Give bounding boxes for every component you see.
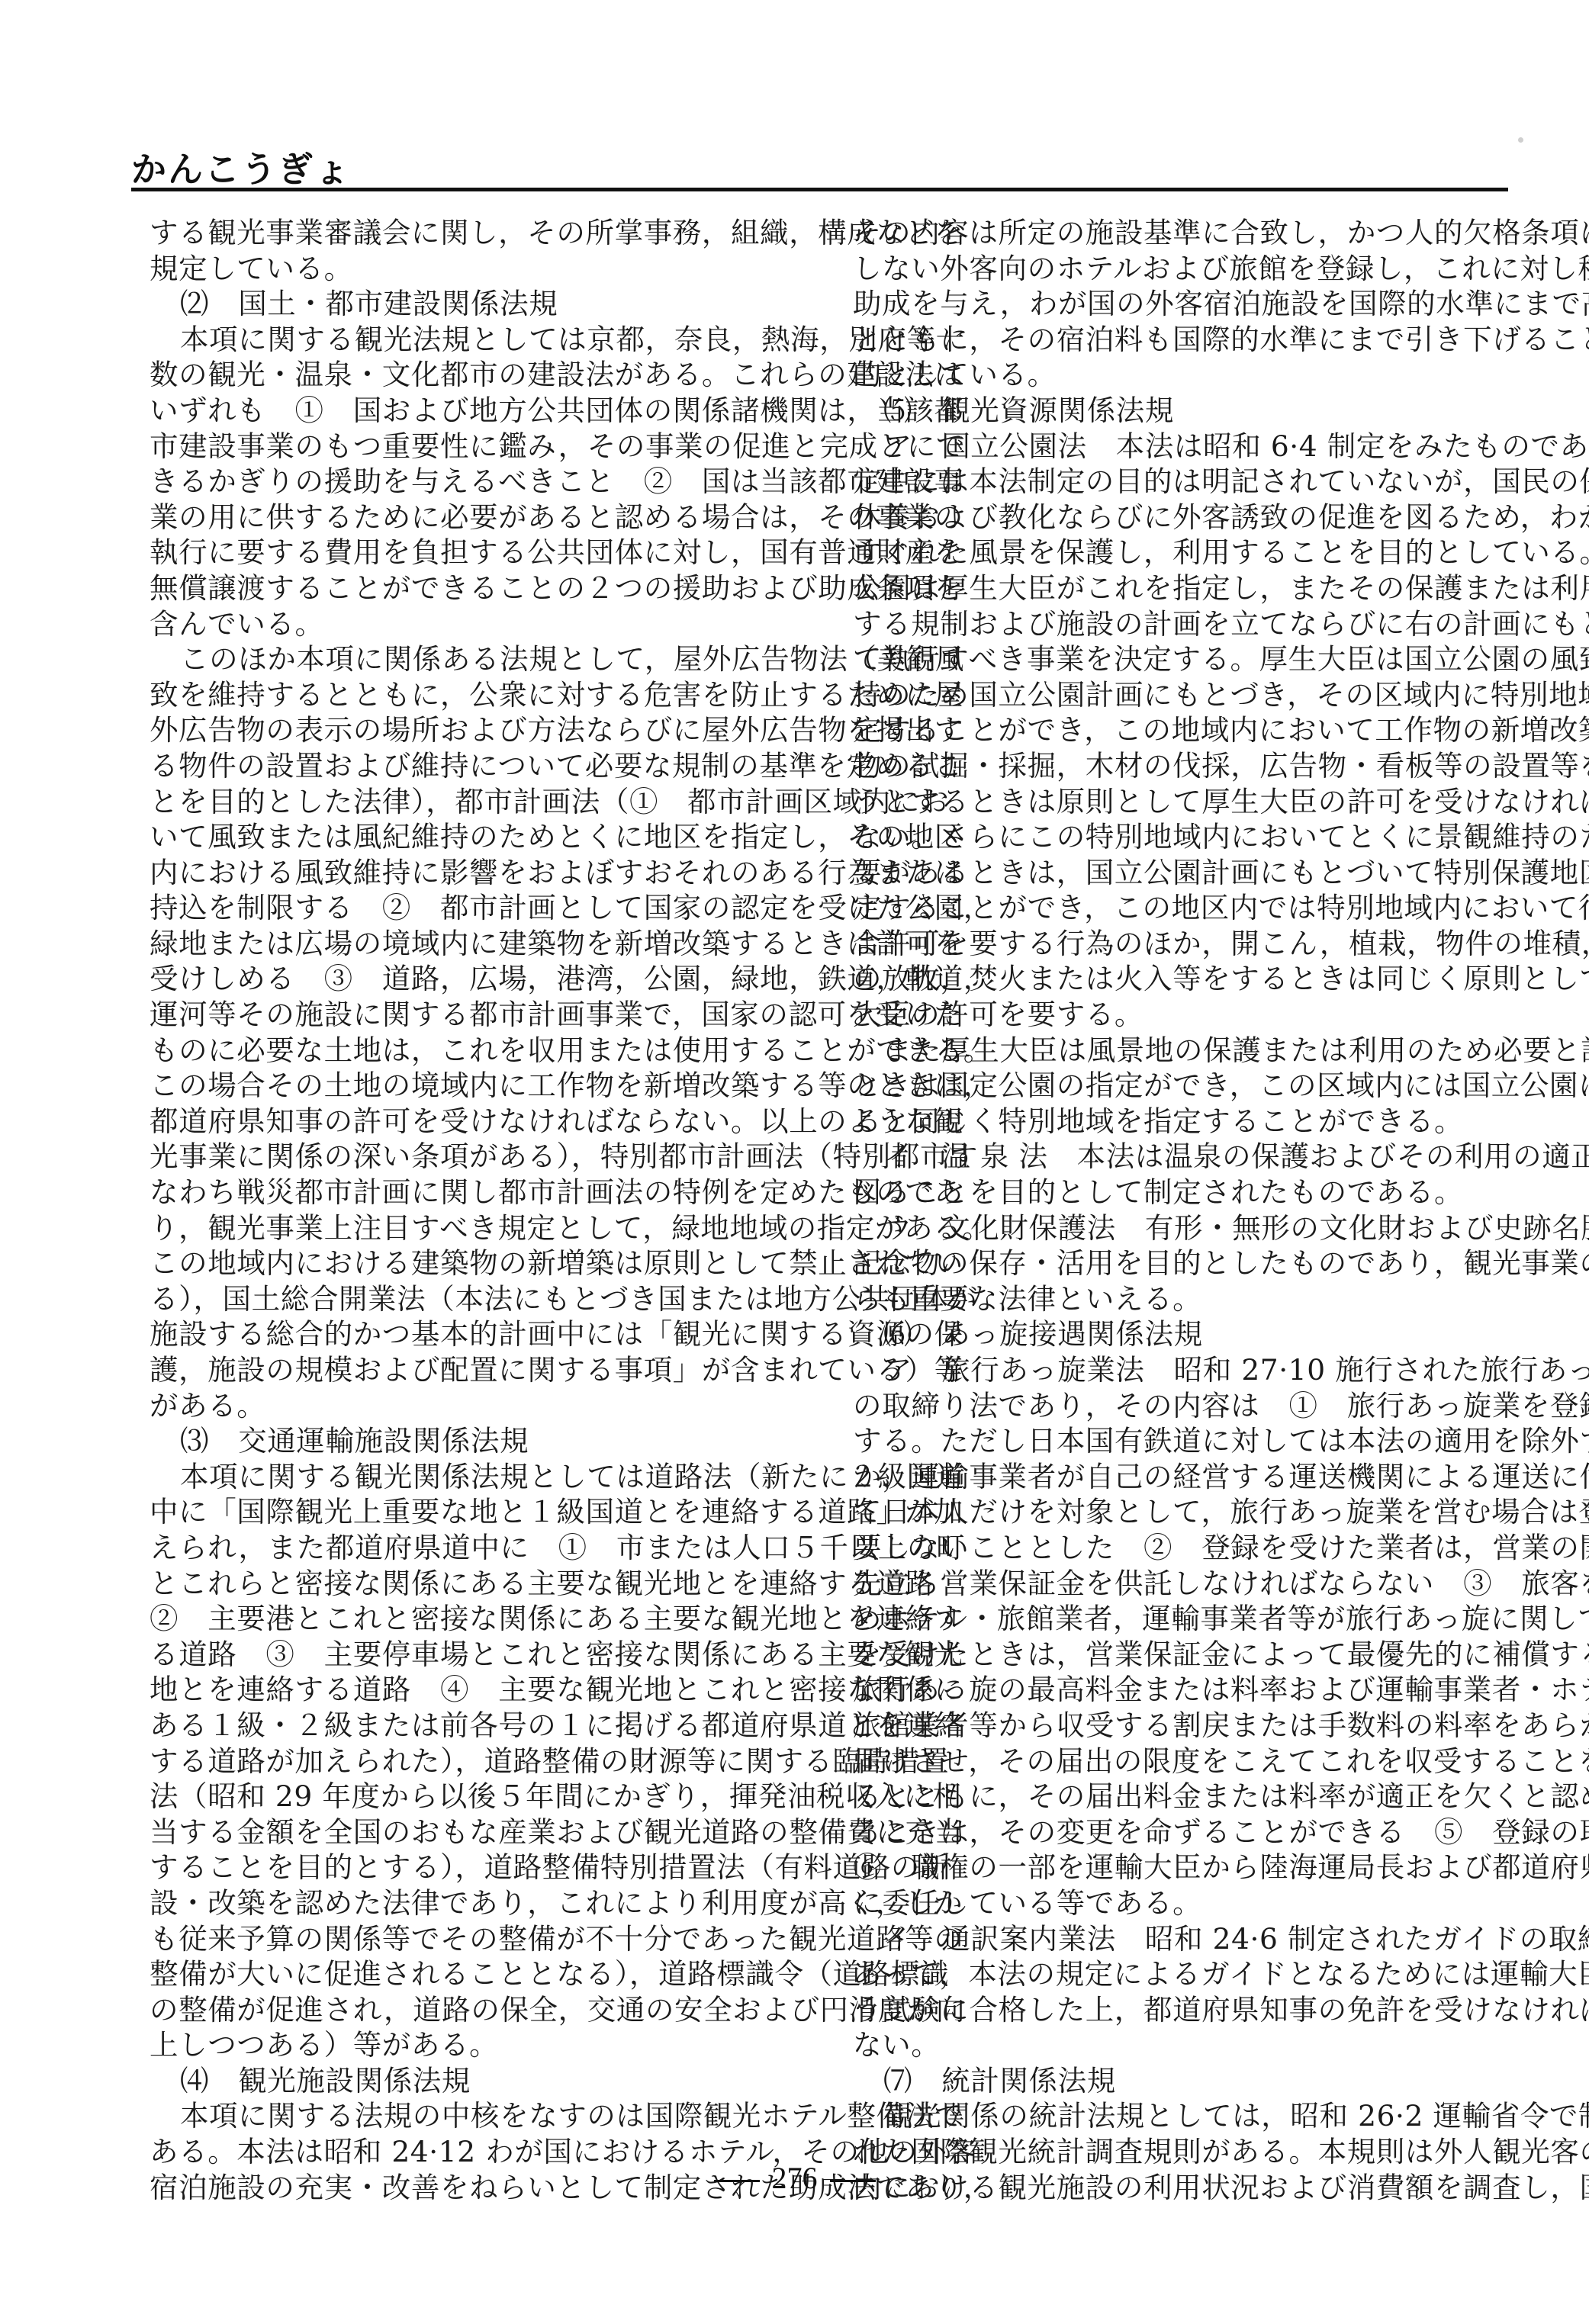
text-line: 当する金額を全国のおもな産業および観光道路の整備費に充当 — [150, 1815, 824, 1850]
text-line: 定中には本法制定の目的は明記されていないが，国民の保健・ — [853, 464, 1527, 500]
text-line: 定することができ，この地域内において工作物の新増改築，鉱 — [853, 712, 1527, 748]
text-line: あって，本法の規定によるガイドとなるためには運輸大臣の行 — [853, 1956, 1527, 1992]
text-line: ア 旅行あっ旋業法 昭和 27·10 施行された旅行あっ旋業者 — [853, 1352, 1527, 1388]
text-line: う試験に合格した上，都道府県知事の免許を受けなければなら — [853, 1992, 1527, 2028]
text-line: らも重要な法律といえる。 — [853, 1281, 1527, 1317]
page-footer: 276 — [0, 2160, 1589, 2196]
section-heading: ⑷ 観光施設関係法規 — [150, 2063, 824, 2099]
text-line: 設・改築を認めた法律であり，これにより利用度が高く，しか — [150, 1885, 824, 1921]
text-line: する道路が加えられた），道路整備の財源等に関する臨時措置 — [150, 1744, 824, 1779]
section-heading: ⑺ 統計関係法規 — [853, 2063, 1527, 2099]
text-line: このほか本項に関係ある法規として，屋外広告物法（美観風 — [150, 641, 824, 677]
text-line: るとともに，その届出料金または料率が適正を欠くと認められ — [853, 1779, 1527, 1815]
text-line: 外広告物の表示の場所および方法ならびに屋外広告物を掲出す — [150, 712, 824, 748]
text-line: 合許可を要する行為のほか，開こん，植栽，物件の堆積，家畜 — [853, 926, 1527, 962]
text-line: すぐれた風景を保護し，利用することを目的としている。国立 — [853, 535, 1527, 571]
text-line: る道路 ③ 主要停車場とこれと密接な関係にある主要な観光 — [150, 1637, 824, 1673]
text-line: 公園は厚生大臣がこれを指定し，またその保護または利用に関 — [853, 571, 1527, 606]
text-line: ると同じく特別地域を指定することができる。 — [853, 1104, 1527, 1139]
text-line: ときは国定公園の指定ができ，この区域内には国立公園におけ — [853, 1068, 1527, 1104]
text-line: 無償譲渡することができることの２つの援助および助成条項を — [150, 571, 824, 606]
left-column: する観光事業審議会に関し，その所掌事務，組織，構成などを規定している。⑵ 国土・… — [150, 215, 824, 2205]
text-line: 的としている。 — [853, 357, 1527, 393]
text-line: 受けしめる ③ 道路，広場，港湾，公園，緑地，鉄道，軌道， — [150, 961, 824, 997]
text-line: また厚生大臣は風景地の保護または利用のため必要と認めた — [853, 1033, 1527, 1069]
text-line: て執行すべき事業を決定する。厚生大臣は国立公園の風致の維 — [853, 641, 1527, 677]
text-line: に委任している等である。 — [853, 1885, 1527, 1921]
text-line: 法（昭和 29 年度から以後５年間にかぎり，揮発油税収入に相 — [150, 1779, 824, 1815]
text-line: も従来予算の関係等でその整備が不十分であった観光道路等の — [150, 1921, 824, 1957]
text-line: 休養および教化ならびに外客誘致の促進を図るため，わが国の — [853, 500, 1527, 535]
text-line: て日本人だけを対象として，旅行あっ旋業を営む場合は登録を — [853, 1494, 1527, 1530]
text-line: しない外客向のホテルおよび旅館を登録し，これに対し種々の — [853, 251, 1527, 287]
text-line: 持のため国立公園計画にもとづき，その区域内に特別地域を指 — [853, 677, 1527, 713]
text-line: 中に「国際観光上重要な地と１級国道とを連絡する道路」が加 — [150, 1494, 824, 1530]
text-line: 旅行あっ旋の最高料金または料率および運輸事業者・ホテル・ — [853, 1672, 1527, 1708]
text-line: 緑地または広場の境域内に建築物を新増改築するときは許可を — [150, 926, 824, 962]
text-line: 内における風致維持に影響をおよぼすおそれのある行為または — [150, 855, 824, 891]
text-line: 旅館業者等から収受する割戻または手数料の料率をあらかじめ — [853, 1708, 1527, 1744]
text-line: 業の用に供するために必要があると認める場合は，その事業の — [150, 500, 824, 535]
text-line: 致を維持するとともに，公衆に対する危害を防止するために屋 — [150, 677, 824, 713]
text-line: ② 主要港とこれと密接な関係にある主要な観光地とを連絡す — [150, 1601, 824, 1637]
text-line: 執行に要する費用を負担する公共団体に対し，国有普通財産を — [150, 535, 824, 571]
footer-dash-right — [830, 2180, 876, 2182]
text-line: 要しないこととした ② 登録を受けた業者は，営業の開始に — [853, 1530, 1527, 1566]
text-line: ものに必要な土地は，これを収用または使用することができる。 — [150, 1033, 824, 1069]
footer-dash-left — [714, 2180, 760, 2182]
text-line: る），国土総合開業法（本法にもとづき国または地方公共団体が — [150, 1281, 824, 1317]
text-line: 大臣の許可を要する。 — [853, 997, 1527, 1033]
text-line: ⑥ 職権の一部を運輸大臣から陸海運局長および都道府県知事 — [853, 1850, 1527, 1885]
text-line: 本項に関する観光関係法規としては道路法（新たに２級国道 — [150, 1459, 824, 1495]
text-line: り，観光事業上注目すべき規定として，緑地地域の指定がある。 — [150, 1210, 824, 1246]
text-line: 物の試掘・採掘，木材の伐採，広告物・看板等の設置等を行お — [853, 748, 1527, 784]
section-heading: ⑶ 交通運輸施設関係法規 — [150, 1423, 824, 1459]
text-line: する。ただし日本国有鉄道に対しては本法の適用を除外するほ — [853, 1423, 1527, 1459]
text-line: いずれも ① 国および地方公共団体の関係諸機関は，当該都 — [150, 393, 824, 429]
text-line: 含んでいる。 — [150, 606, 824, 642]
text-line: 規定している。 — [150, 251, 824, 287]
text-line: ある１級・２級または前各号の１に掲げる都道府県道とを連絡 — [150, 1708, 824, 1744]
text-line: うとするときは原則として厚生大臣の許可を受けなければなら — [853, 784, 1527, 820]
text-line: 定することができ，この地区内では特別地域内において行う場 — [853, 890, 1527, 926]
scan-speck — [1518, 137, 1523, 143]
text-line: 届けさせ，その届出の限度をこえてこれを収受することを禁ず — [853, 1744, 1527, 1779]
text-line: この場合その土地の境域内に工作物を新増改築する等のときは， — [150, 1068, 824, 1104]
text-line: いて風致または風紀維持のためとくに地区を指定し，その地区 — [150, 819, 824, 855]
text-line: とこれらと密接な関係にある主要な観光地とを連絡する道路 — [150, 1566, 824, 1602]
text-line: がある。 — [150, 1388, 824, 1424]
text-line: ウ 文化財保護法 有形・無形の文化財および史跡名勝天然 — [853, 1210, 1527, 1246]
text-line: する規制および施設の計画を立てならびに右の計画にもとづい — [853, 606, 1527, 642]
text-line: 助成を与え，わが国の外客宿泊施設を国際的水準にまで高める — [853, 286, 1527, 322]
text-line: 施設する総合的かつ基本的計画中には「観光に関する資源の保 — [150, 1316, 824, 1352]
text-line: 護，施設の規模および配置に関する事項」が含まれている）等 — [150, 1352, 824, 1388]
text-line: 光事業に関係の深い条項がある），特別都市計画法（特別都市す — [150, 1139, 824, 1175]
text-line: の放牧，焚火または火入等をするときは同じく原則として厚生 — [853, 961, 1527, 997]
text-line: の取締り法であり，その内容は ① 旅行あっ旋業を登録制と — [853, 1388, 1527, 1424]
text-line: る物件の設置および維持について必要な規制の基準を定めるこ — [150, 748, 824, 784]
right-column: その内容は所定の施設基準に合致し，かつ人的欠格条項に該当しない外客向のホテルおよ… — [853, 215, 1527, 2205]
text-line: るときは，その変更を命ずることができる ⑤ 登録の取消 — [853, 1815, 1527, 1850]
text-line: イ 通訳案内業法 昭和 24·6 制定されたガイドの取締法で — [853, 1921, 1527, 1957]
text-line: きるかぎりの援助を与えるべきこと ② 国は当該都市建設事 — [150, 464, 824, 500]
text-line: ア 国立公園法 本法は昭和 6·4 制定をみたものであり，規 — [853, 429, 1527, 464]
text-line: ない。さらにこの特別地域内においてとくに景観維持のため必 — [853, 819, 1527, 855]
header-rule — [131, 188, 1508, 191]
text-line: 地とを連絡する道路 ④ 主要な観光地とこれと密接な関係に — [150, 1672, 824, 1708]
text-line: 観光関係の統計法規としては，昭和 26·2 運輸省令で制定さ — [853, 2098, 1527, 2134]
text-line: 整備が大いに促進されることとなる），道路標識令（道路標識 — [150, 1956, 824, 1992]
text-line: とを目的とした法律），都市計画法（① 都市計画区域内にお — [150, 784, 824, 820]
text-line: なわち戦災都市計画に関し都市計画法の特例を定めたものであ — [150, 1175, 824, 1210]
text-line: 図ることを目的として制定されたものである。 — [853, 1175, 1527, 1210]
section-heading: ⑹ あっ旋接遇関係法規 — [853, 1316, 1527, 1352]
text-line: この地域内における建築物の新増築は原則として禁止されてい — [150, 1246, 824, 1281]
text-line: 先立ち営業保証金を供託しなければならない ③ 旅客をはじ — [853, 1566, 1527, 1602]
text-line: とともに，その宿泊料も国際的水準にまで引き下げることを目 — [853, 322, 1527, 358]
text-line: ない。 — [853, 2027, 1527, 2063]
text-line: か，運輸事業者が自己の経営する運送機関による運送に付随し — [853, 1459, 1527, 1495]
page-number: 276 — [772, 2161, 818, 2195]
text-line: 数の観光・温泉・文化都市の建設法がある。これらの建設法は — [150, 357, 824, 393]
text-line: めホテル・旅館業者，運輸事業者等が旅行あっ旋に関して損害 — [853, 1601, 1527, 1637]
text-line: 運河等その施設に関する都市計画事業で，国家の認可を受けた — [150, 997, 824, 1033]
text-line: することを目的とする），道路整備特別措置法（有料道路の新 — [150, 1850, 824, 1885]
text-line: 持込を制限する ② 都市計画として国家の認定を受けた公園， — [150, 890, 824, 926]
running-header-title: かんこうぎょ — [131, 142, 351, 192]
text-line: の整備が促進され，道路の保全，交通の安全および円滑度が向 — [150, 1992, 824, 2028]
text-line: 上しつつある）等がある。 — [150, 2027, 824, 2063]
text-line: イ 温 泉 法 本法は温泉の保護およびその利用の適正化を — [853, 1139, 1527, 1175]
text-line: 記念物の保存・活用を目的としたものであり，観光事業の上か — [853, 1246, 1527, 1281]
section-heading: ⑸ 観光資源関係法規 — [853, 393, 1527, 429]
text-line: えられ，また都道府県道中に ① 市または人口５千以上の町 — [150, 1530, 824, 1566]
text-line: 市建設事業のもつ重要性に鑑み，その事業の促進と完成とにで — [150, 429, 824, 464]
text-line: 本項に関する法規の中核をなすのは国際観光ホテル整備法で — [150, 2098, 824, 2134]
text-line: する観光事業審議会に関し，その所掌事務，組織，構成などを — [150, 215, 824, 251]
text-line: 要があるときは，国立公園計画にもとづいて特別保護地区を指 — [853, 855, 1527, 891]
section-heading: ⑵ 国土・都市建設関係法規 — [150, 286, 824, 322]
text-line: 都道府県知事の許可を受けなければならない。以上のような観 — [150, 1104, 824, 1139]
text-line: を受けたときは，営業保証金によって最優先的に補償する ④ — [853, 1637, 1527, 1673]
text-line: その内容は所定の施設基準に合致し，かつ人的欠格条項に該当 — [853, 215, 1527, 251]
text-line: 本項に関する観光法規としては京都，奈良，熱海，別府等十 — [150, 322, 824, 358]
